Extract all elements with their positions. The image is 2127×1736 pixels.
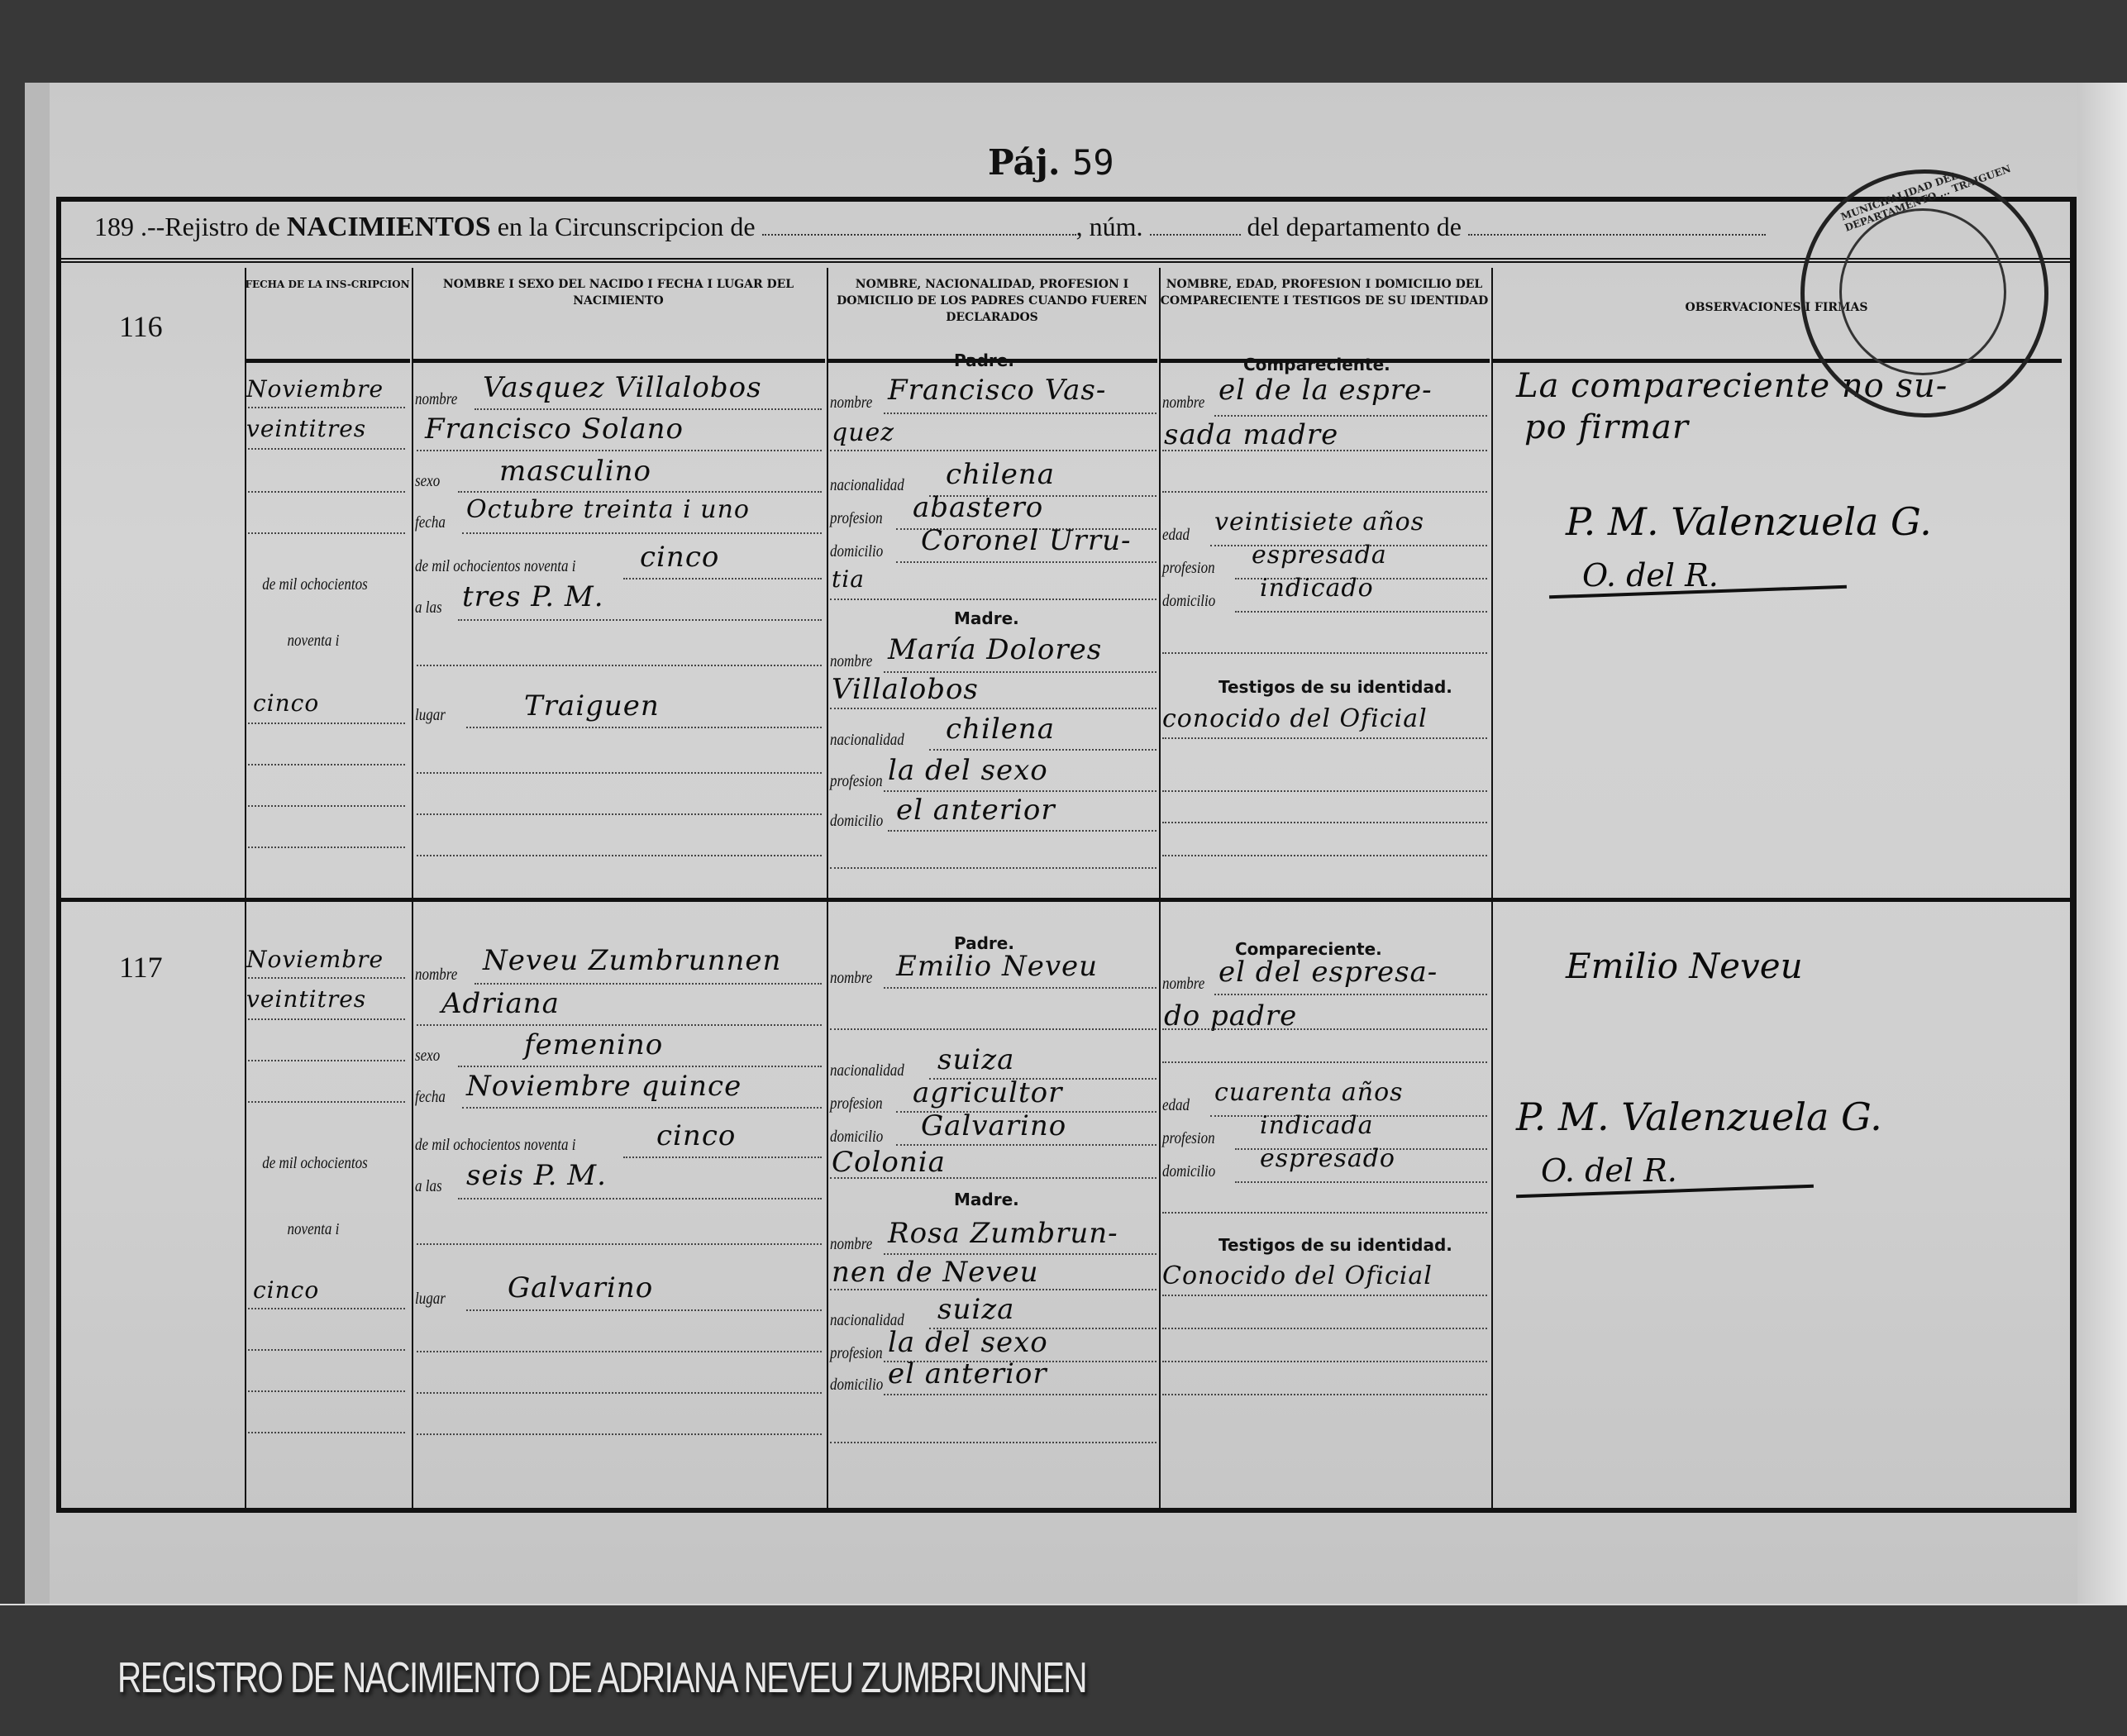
rule xyxy=(830,708,1156,709)
page-edge-right xyxy=(2077,83,2127,1604)
rule xyxy=(1235,611,1487,613)
padre-nombre-1: Emilio Neveu xyxy=(896,950,1098,983)
page-label: Páj. xyxy=(988,142,1061,183)
madre-nombre-1: María Dolores xyxy=(888,633,1102,666)
divider-4 xyxy=(1159,268,1161,1508)
municipal-stamp: MUNICIPALIDAD DEL DEPARTAMENTO ... TRAIG… xyxy=(1800,169,2048,417)
comp-edad: veintisiete años xyxy=(1214,508,1424,537)
nacido-lugar: Traiguen xyxy=(524,689,660,723)
official-title: O. del R. xyxy=(1541,1152,1677,1189)
rule xyxy=(417,855,822,856)
rule xyxy=(248,1390,405,1392)
nacido-nombre-label: nombre xyxy=(415,390,457,409)
rule xyxy=(248,977,405,979)
inscripcion-day: veintitres xyxy=(246,985,366,1013)
year-label: de mil ochocientos noventa i xyxy=(415,1136,576,1155)
nacido-hora: tres P. M. xyxy=(462,580,604,613)
rule xyxy=(458,1066,822,1067)
madre-domicilio-label: domicilio xyxy=(830,812,883,831)
rule xyxy=(888,830,1156,832)
testigos-heading: Testigos de su identidad. xyxy=(1218,1235,1452,1255)
comp-nombre-1: el del espresa- xyxy=(1218,956,1438,989)
padre-nacionalidad-label: nacionalidad xyxy=(830,1061,904,1080)
rule xyxy=(1162,1328,1487,1329)
rule xyxy=(830,450,1156,451)
nacido-fecha: Octubre treinta i uno xyxy=(466,495,750,524)
inscripcion-day: veintitres xyxy=(246,415,366,442)
rule xyxy=(248,1101,405,1103)
testigos-value: Conocido del Oficial xyxy=(1162,1261,1433,1290)
nacido-hora: seis P. M. xyxy=(466,1159,607,1192)
rule xyxy=(248,448,405,450)
top-dark-margin xyxy=(0,0,2127,83)
year-label-b: noventa i xyxy=(288,1220,340,1239)
nacido-nombre-label: nombre xyxy=(415,966,457,985)
comp-domicilio-label: domicilio xyxy=(1162,1162,1215,1181)
padre-nombre-1: Francisco Vas- xyxy=(888,374,1106,407)
madre-nombre-1: Rosa Zumbrun- xyxy=(888,1217,1118,1250)
rule xyxy=(1162,1212,1487,1214)
hora-label: a las xyxy=(415,1177,442,1196)
rule xyxy=(623,1157,822,1158)
nacido-nombre-2: Francisco Solano xyxy=(425,413,684,446)
register-table: 189 .--Rejistro de NACIMIENTOS en la Cir… xyxy=(56,197,2077,1513)
padre-nacionalidad: suiza xyxy=(937,1043,1014,1076)
comp-nombre-2: sada madre xyxy=(1164,418,1338,451)
padre-profesion: abastero xyxy=(913,491,1043,524)
padre-domicilio-1: Coronel Urru- xyxy=(921,524,1131,557)
testigos-value: conocido del Oficial xyxy=(1162,704,1428,733)
madre-domicilio-label: domicilio xyxy=(830,1376,883,1395)
madre-nacionalidad-label: nacionalidad xyxy=(830,731,904,750)
rule xyxy=(830,1289,1156,1290)
year-prefix: 189 xyxy=(94,212,134,241)
rule xyxy=(248,805,405,807)
stamp-inner-ring xyxy=(1839,208,2006,375)
madre-nombre-label: nombre xyxy=(830,652,872,671)
rule xyxy=(475,983,822,985)
inscripcion-year-word: cinco xyxy=(253,1276,319,1304)
padre-profesion: agricultor xyxy=(913,1076,1062,1109)
rule xyxy=(1162,652,1487,654)
rule xyxy=(1162,822,1487,823)
rule xyxy=(884,790,1156,792)
rule xyxy=(929,749,1156,751)
rule xyxy=(884,413,1156,414)
padre-domicilio-2: Colonia xyxy=(832,1146,946,1179)
rule xyxy=(466,727,822,728)
rule xyxy=(417,813,822,815)
madre-nacionalidad: suiza xyxy=(937,1293,1014,1326)
rule xyxy=(458,491,822,493)
padre-nacionalidad-label: nacionalidad xyxy=(830,476,904,495)
rule xyxy=(417,772,822,774)
image-caption: REGISTRO DE NACIMIENTO DE ADRIANA NEVEU … xyxy=(117,1653,1086,1703)
register-title: 189 .--Rejistro de NACIMIENTOS en la Cir… xyxy=(94,212,1766,243)
rule xyxy=(1162,450,1487,451)
official-signature: P. M. Valenzuela G. xyxy=(1566,499,1932,544)
rule xyxy=(466,1309,822,1311)
nacido-year-word: cinco xyxy=(640,541,719,574)
comp-domicilio: espresado xyxy=(1260,1144,1395,1173)
official-title: O. del R. xyxy=(1582,557,1719,594)
rule xyxy=(417,665,822,666)
nacido-lugar: Galvarino xyxy=(508,1271,653,1304)
madre-profesion: la del sexo xyxy=(888,1326,1048,1359)
rule xyxy=(417,1243,822,1245)
register-header: 189 .--Rejistro de NACIMIENTOS en la Cir… xyxy=(61,202,2070,263)
rule xyxy=(1162,1061,1487,1063)
num-blank xyxy=(1150,216,1241,236)
madre-domicilio: el anterior xyxy=(896,794,1056,827)
year-label: de mil ochocientos noventa i xyxy=(415,557,576,576)
rule xyxy=(417,1024,822,1026)
rule xyxy=(462,532,822,534)
year-label-b: noventa i xyxy=(288,632,340,651)
rule xyxy=(1235,1181,1487,1183)
rule xyxy=(1162,1361,1487,1362)
colhead-nacido: NOMBRE I SEXO DEL NACIDO I FECHA I LUGAR… xyxy=(412,268,825,363)
rule xyxy=(417,1351,822,1352)
rule xyxy=(1214,994,1487,995)
rule xyxy=(830,599,1156,600)
rule xyxy=(1162,1295,1487,1296)
hora-label: a las xyxy=(415,599,442,618)
padre-domicilio-label: domicilio xyxy=(830,1128,883,1147)
rule xyxy=(830,867,1156,869)
rule xyxy=(417,1392,822,1394)
page-number-value: 59 xyxy=(1072,142,1114,183)
comp-edad-label: edad xyxy=(1162,1096,1190,1115)
nacido-year-word: cinco xyxy=(656,1119,736,1152)
rule xyxy=(1162,1028,1487,1030)
nacido-sexo: femenino xyxy=(524,1028,663,1061)
comp-nombre-label: nombre xyxy=(1162,975,1204,994)
divider-5 xyxy=(1491,268,1493,1508)
sexo-label: sexo xyxy=(415,472,440,491)
nacido-nombre-1: Neveu Zumbrunnen xyxy=(483,944,781,977)
madre-domicilio: el anterior xyxy=(888,1357,1047,1390)
rule xyxy=(417,450,822,451)
colhead-compareciente: NOMBRE, EDAD, PROFESION I DOMICILIO DEL … xyxy=(1159,268,1490,363)
rule xyxy=(1162,855,1487,856)
official-signature: P. M. Valenzuela G. xyxy=(1516,1095,1882,1139)
nacido-nombre-2: Adriana xyxy=(441,987,560,1020)
comp-edad: cuarenta años xyxy=(1214,1078,1404,1107)
rule xyxy=(248,847,405,848)
comp-profesion: indicada xyxy=(1260,1111,1374,1140)
testigos-heading: Testigos de su identidad. xyxy=(1218,677,1452,697)
record-separator xyxy=(61,898,2070,902)
rule xyxy=(248,1060,405,1061)
title-part2: en la Circunscripcion de xyxy=(498,212,756,241)
padre-domicilio-1: Galvarino xyxy=(921,1109,1066,1142)
rule xyxy=(884,987,1156,989)
rule xyxy=(248,491,405,493)
circunscripcion-blank xyxy=(762,216,1076,236)
divider-1 xyxy=(245,268,246,1508)
record-number: 117 xyxy=(119,950,163,985)
madre-nombre-label: nombre xyxy=(830,1235,872,1254)
rule xyxy=(830,1177,1156,1179)
comp-nombre-label: nombre xyxy=(1162,393,1204,413)
dept-label: del departamento de xyxy=(1247,212,1462,241)
rule xyxy=(884,1394,1156,1395)
compareciente-heading: Compareciente. xyxy=(1243,355,1390,374)
padre-domicilio-2: tia xyxy=(832,565,865,593)
inscripcion-year-word: cinco xyxy=(253,689,319,717)
lugar-label: lugar xyxy=(415,706,446,725)
rule xyxy=(1162,491,1487,493)
rule xyxy=(475,408,822,410)
inscripcion-month: Noviembre xyxy=(246,946,384,973)
padre-domicilio-label: domicilio xyxy=(830,542,883,561)
fecha-label: fecha xyxy=(415,513,446,532)
comp-profesion-label: profesion xyxy=(1162,559,1215,578)
rule xyxy=(458,619,822,621)
rule xyxy=(248,407,405,408)
padre-nombre-label: nombre xyxy=(830,969,872,988)
madre-profesion: la del sexo xyxy=(888,754,1048,787)
rule xyxy=(1162,1394,1487,1395)
madre-nombre-2: Villalobos xyxy=(832,673,979,706)
divider-2 xyxy=(412,268,413,1508)
rule xyxy=(417,1433,822,1435)
rule xyxy=(1162,737,1487,739)
sexo-label: sexo xyxy=(415,1047,440,1066)
padre-nombre-label: nombre xyxy=(830,393,872,413)
comp-profesion: espresada xyxy=(1252,541,1387,570)
year-label-a: de mil ochocientos xyxy=(262,1154,367,1173)
rule xyxy=(884,1253,1156,1255)
title-part1: .--Rejistro de xyxy=(141,212,280,241)
rule xyxy=(458,1198,822,1199)
record-number: 116 xyxy=(119,309,163,344)
page-edge-left xyxy=(25,83,50,1604)
lugar-label: lugar xyxy=(415,1290,446,1309)
page-number: Páj. 59 xyxy=(988,142,1114,183)
comp-nombre-1: el de la espre- xyxy=(1218,374,1433,407)
comp-profesion-label: profesion xyxy=(1162,1129,1215,1148)
rule xyxy=(462,1107,822,1109)
year-label-a: de mil ochocientos xyxy=(262,575,367,594)
padre-profesion-label: profesion xyxy=(830,509,883,528)
num-label: , núm. xyxy=(1076,212,1143,241)
rule xyxy=(830,1442,1156,1443)
rule xyxy=(248,1018,405,1020)
rule xyxy=(623,578,822,579)
rule xyxy=(248,1432,405,1433)
madre-nombre-2: nen de Neveu xyxy=(832,1256,1039,1289)
padre-heading: Padre. xyxy=(954,351,1014,370)
obs-note-2: po firmar xyxy=(1524,408,1689,446)
father-signature: Emilio Neveu xyxy=(1566,946,1803,986)
rule xyxy=(248,1349,405,1351)
madre-profesion-label: profesion xyxy=(830,1344,883,1363)
nacido-nombre-1: Vasquez Villalobos xyxy=(483,371,762,404)
madre-heading: Madre. xyxy=(954,1190,1019,1209)
madre-heading: Madre. xyxy=(954,608,1019,628)
nacido-sexo: masculino xyxy=(499,455,651,488)
fecha-label: fecha xyxy=(415,1088,446,1107)
comp-domicilio: indicado xyxy=(1260,574,1374,603)
rule xyxy=(248,723,405,724)
rule xyxy=(248,764,405,765)
rule xyxy=(248,532,405,534)
rule xyxy=(896,561,1156,563)
divider-3 xyxy=(827,268,828,1508)
colhead-padres: NOMBRE, NACIONALIDAD, PROFESION I DOMICI… xyxy=(827,268,1157,363)
rule xyxy=(248,1308,405,1309)
inscripcion-month: Noviembre xyxy=(246,375,384,403)
comp-domicilio-label: domicilio xyxy=(1162,592,1215,611)
comp-edad-label: edad xyxy=(1162,526,1190,545)
rule xyxy=(1162,790,1487,792)
nacido-fecha: Noviembre quince xyxy=(466,1070,742,1103)
title-bold: NACIMIENTOS xyxy=(287,212,491,242)
padre-nombre-2: quez xyxy=(832,418,894,447)
padre-nacionalidad: chilena xyxy=(946,458,1055,491)
comp-nombre-2: do padre xyxy=(1164,999,1297,1033)
rule xyxy=(1214,415,1487,417)
madre-profesion-label: profesion xyxy=(830,772,883,791)
dept-blank xyxy=(1468,216,1766,236)
madre-nacionalidad: chilena xyxy=(946,713,1055,746)
rule xyxy=(830,1028,1156,1030)
colhead-fecha: FECHA DE LA INS-CRIPCION xyxy=(245,268,410,363)
padre-profesion-label: profesion xyxy=(830,1095,883,1114)
